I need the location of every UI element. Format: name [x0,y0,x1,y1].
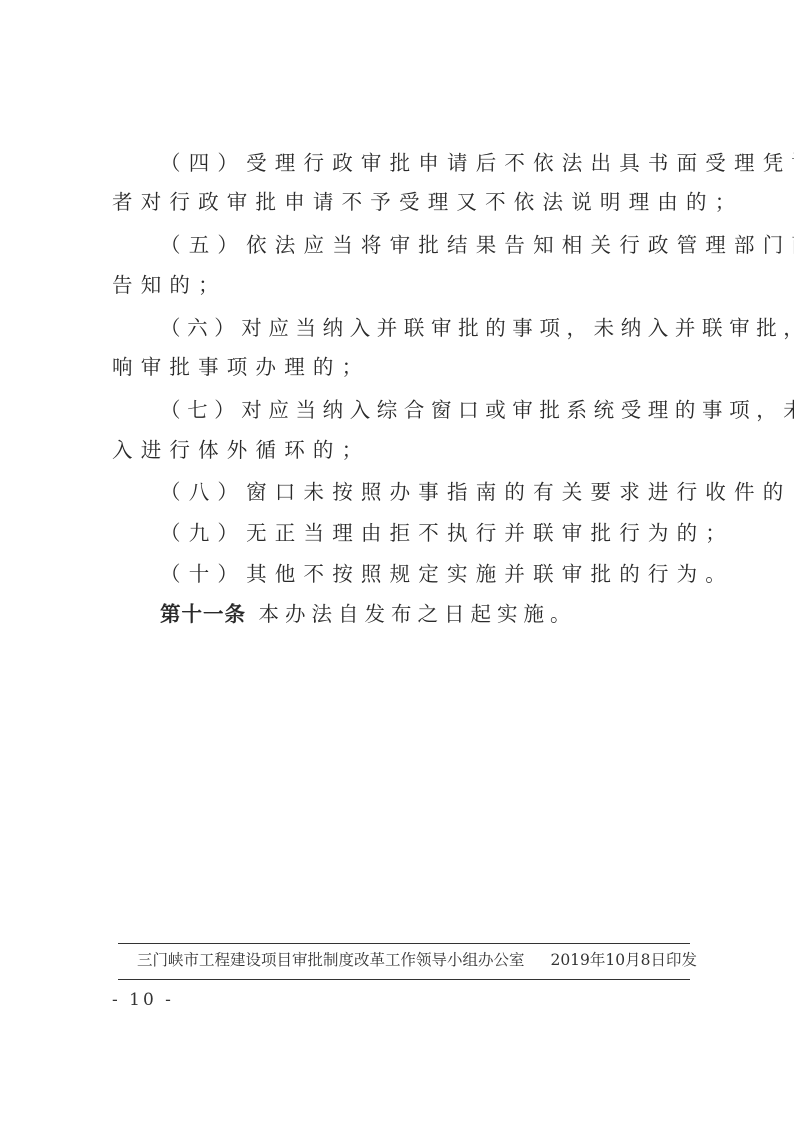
clause-9: （九）无正当理由拒不执行并联审批行为的； [160,519,692,547]
clause-7-line-2: 入进行体外循环的； [112,436,692,464]
footer-imprint: 三门峡市工程建设项目审批制度改革工作领导小组办公室 2019年10月8日印发 [137,948,697,970]
clause-4-line-1: （四）受理行政审批申请后不依法出具书面受理凭证或 [160,149,692,177]
clause-5-line-1: （五）依法应当将审批结果告知相关行政管理部门而不 [160,231,692,259]
footer-date: 2019年10月8日印发 [550,948,697,970]
clause-8: （八）窗口未按照办事指南的有关要求进行收件的； [160,478,692,506]
footer-issuer: 三门峡市工程建设项目审批制度改革工作领导小组办公室 [137,948,525,970]
footer-top-rule [118,943,690,944]
clause-10: （十）其他不按照规定实施并联审批的行为。 [160,560,692,588]
footer-bottom-rule [118,979,690,980]
article-text: 本办法自发布之日起实施。 [259,602,577,626]
article-11: 第十一条 本办法自发布之日起实施。 [160,600,692,628]
document-page: （四）受理行政审批申请后不依法出具书面受理凭证或 者对行政审批申请不予受理又不依… [0,0,794,1122]
page-number: - 10 - [112,990,174,1010]
clause-4-line-2: 者对行政审批申请不予受理又不依法说明理由的； [112,188,692,216]
article-label: 第十一条 [160,602,246,626]
clause-5-line-2: 告知的； [112,271,692,299]
clause-6-line-1: （六）对应当纳入并联审批的事项，未纳入并联审批，影 [160,314,692,342]
clause-6-line-2: 响审批事项办理的； [112,353,692,381]
clause-7-line-1: （七）对应当纳入综合窗口或审批系统受理的事项，未纳 [160,396,692,424]
